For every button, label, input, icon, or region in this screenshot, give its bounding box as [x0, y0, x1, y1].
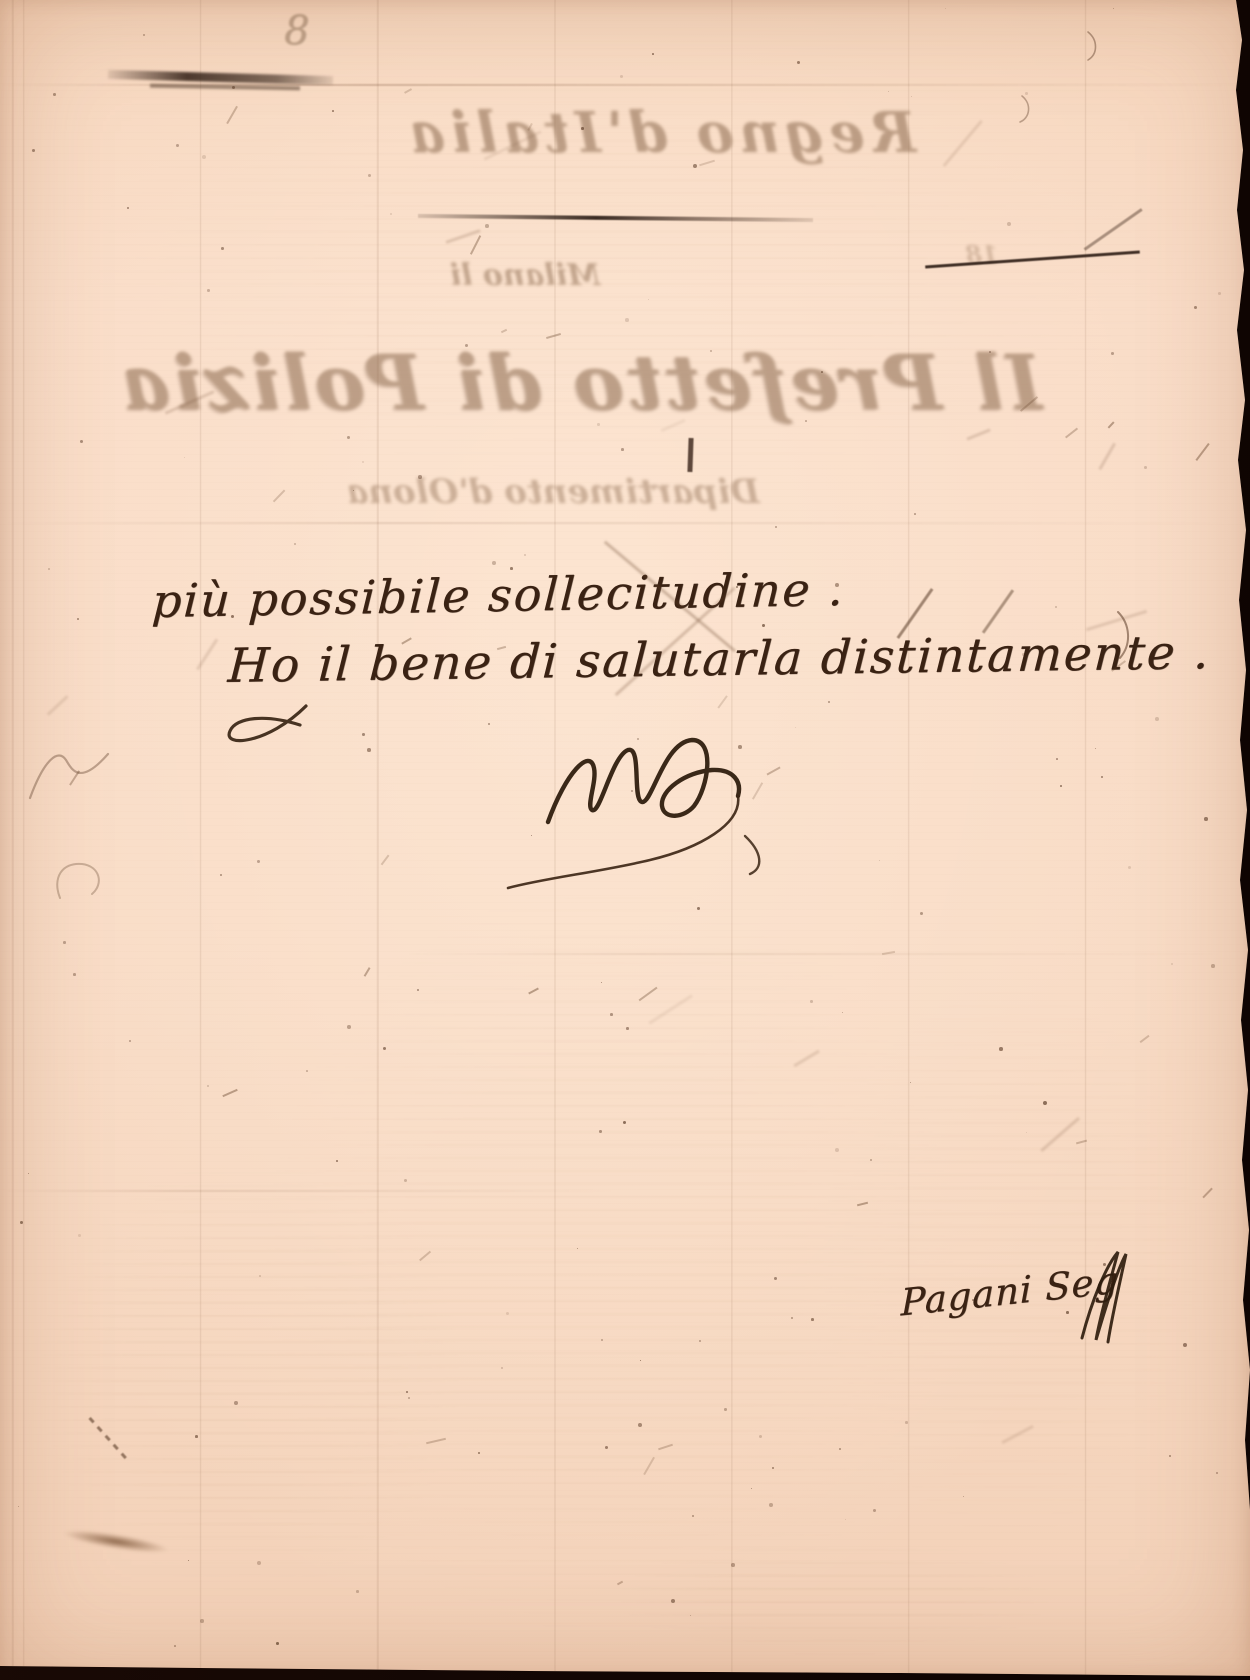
speck	[888, 91, 889, 92]
speck	[202, 155, 206, 159]
speck	[910, 1082, 911, 1083]
fold-crease	[0, 1190, 620, 1192]
speck	[234, 1401, 238, 1405]
speck	[1216, 1472, 1218, 1474]
speck-dash	[546, 333, 561, 339]
ink-blot-dash	[687, 438, 693, 472]
bleedthrough-department: Dipartimento d'Olona	[338, 472, 768, 512]
speck	[53, 93, 56, 96]
letter-page: Regno d'Italia Milano li 18 Il Prefetto …	[0, 0, 1250, 1680]
speck	[775, 526, 777, 528]
speck	[692, 1515, 694, 1517]
speck	[1171, 963, 1173, 965]
speck	[772, 1467, 774, 1469]
speck	[232, 86, 235, 89]
speck	[506, 1312, 509, 1315]
speck	[220, 874, 222, 876]
speck	[945, 8, 946, 9]
speck	[1155, 717, 1159, 721]
speck-dash	[752, 782, 763, 799]
speck	[811, 1318, 814, 1321]
speck	[842, 1012, 843, 1013]
faint-streak	[1040, 1117, 1079, 1152]
speck-dash	[699, 160, 715, 166]
body-line-2: Ho il bene di salutarla distintamente .	[227, 625, 1213, 694]
speck-dash	[381, 855, 390, 866]
speck	[332, 110, 334, 112]
speck	[1103, 1263, 1106, 1266]
speck	[1060, 785, 1062, 787]
bleedthrough-texture-patch	[820, 980, 1200, 1540]
speck	[1211, 964, 1215, 968]
ho-descender-loop	[229, 706, 306, 741]
margin-flourish-curl	[57, 864, 99, 898]
diagonal-ink-stroke	[1084, 208, 1143, 250]
speck	[879, 860, 880, 861]
speck	[648, 299, 649, 300]
brown-stain-streak	[61, 1526, 170, 1558]
speck	[406, 1391, 408, 1393]
speck	[577, 1248, 578, 1249]
faint-streak	[1098, 443, 1115, 470]
speck	[699, 1340, 701, 1342]
speck	[671, 1599, 675, 1603]
speck	[759, 1435, 762, 1438]
speck	[188, 1560, 189, 1561]
bleedthrough-texture-patch	[40, 1160, 460, 1590]
faint-streak	[943, 120, 983, 167]
speck	[637, 738, 639, 740]
speck	[999, 1047, 1003, 1051]
speck	[63, 941, 66, 944]
speck-dash	[882, 951, 895, 955]
speck	[972, 1299, 974, 1301]
speck-dash	[658, 1444, 673, 1450]
speck	[914, 513, 916, 515]
speck	[835, 1148, 839, 1152]
speck	[78, 1234, 81, 1237]
speck	[367, 748, 371, 752]
speck	[731, 1563, 735, 1567]
faint-streak	[47, 695, 68, 715]
speck	[18, 1506, 19, 1507]
speck	[762, 624, 765, 627]
speck	[28, 1173, 29, 1174]
speck	[1194, 306, 1197, 309]
speck-curl-icon	[1088, 32, 1096, 60]
speck	[839, 1448, 841, 1450]
letterhead-rule	[418, 214, 813, 222]
speck	[1183, 1343, 1187, 1347]
speck	[1169, 1455, 1171, 1457]
speck-dash	[639, 987, 658, 1001]
speck	[129, 1040, 131, 1042]
faint-streak	[661, 419, 686, 432]
speck	[621, 448, 624, 451]
bleedthrough-kingdom-title: Regno d'Italia	[390, 100, 930, 166]
speck-dash	[226, 106, 238, 124]
speck-dash	[1108, 421, 1115, 428]
bleedthrough-texture-patch	[260, 880, 960, 1640]
speck	[368, 174, 371, 177]
speck-dash	[857, 1202, 868, 1206]
speck	[383, 1047, 386, 1050]
speck	[1066, 1311, 1069, 1314]
speck	[362, 461, 364, 463]
speck-dash	[617, 1581, 623, 1585]
speck	[404, 1179, 407, 1182]
speck-dash	[273, 490, 285, 503]
speck	[724, 1408, 727, 1411]
speck	[200, 1619, 204, 1623]
speck	[176, 144, 179, 147]
speck	[797, 61, 800, 64]
speck-dash	[426, 1438, 446, 1444]
speck-dash	[1202, 1188, 1212, 1199]
speck	[501, 1367, 503, 1369]
speck	[336, 1160, 338, 1162]
speck	[488, 723, 490, 725]
speck	[623, 1121, 626, 1124]
speck	[478, 1452, 480, 1454]
fold-crease	[0, 84, 1240, 86]
speck	[626, 1027, 629, 1030]
speck	[835, 583, 839, 587]
speck	[690, 1615, 691, 1616]
faint-streak	[165, 390, 214, 414]
speck	[1026, 1132, 1027, 1133]
scan-background: Regno d'Italia Milano li 18 Il Prefetto …	[0, 0, 1250, 1680]
dotted-streak	[88, 1417, 129, 1462]
speck-dash	[767, 766, 781, 775]
faint-streak	[648, 994, 692, 1024]
prefect-signature-tail	[508, 796, 738, 888]
speck	[638, 1423, 642, 1427]
speck	[524, 554, 526, 556]
speck	[828, 701, 830, 703]
speck	[1128, 866, 1131, 869]
speck-dash	[1140, 1035, 1150, 1043]
speck	[1144, 466, 1147, 469]
speck	[492, 561, 496, 565]
faint-streak	[1001, 1425, 1033, 1444]
speck	[989, 351, 991, 353]
speck	[963, 1496, 964, 1497]
speck	[920, 912, 923, 915]
speck	[845, 1519, 846, 1520]
bleedthrough-texture-patch	[620, 1540, 1050, 1655]
ink-smear	[150, 84, 300, 91]
speck	[1025, 92, 1028, 95]
paper-chain-lines	[0, 0, 1250, 1680]
speck	[408, 1397, 410, 1399]
speck	[810, 1000, 813, 1003]
speck-dash	[364, 967, 371, 976]
speck-dash	[528, 988, 539, 995]
faint-streak	[196, 638, 218, 670]
margin-flourish-v	[30, 754, 108, 798]
faint-streak	[966, 428, 990, 440]
speck	[465, 344, 468, 347]
speck	[599, 1130, 602, 1133]
speck-dash	[419, 1251, 431, 1261]
speck	[195, 1435, 198, 1438]
speck	[693, 164, 697, 168]
speck-curl-icon	[1020, 96, 1029, 122]
speck	[184, 457, 185, 458]
speck	[697, 907, 700, 910]
speck	[581, 127, 584, 130]
speck	[73, 973, 76, 976]
speck	[510, 567, 513, 570]
speck	[1101, 776, 1103, 778]
speck	[795, 727, 796, 728]
speck	[597, 423, 600, 426]
speck	[805, 420, 807, 422]
speck-dash	[1020, 396, 1038, 412]
speck	[601, 982, 602, 983]
speck	[1043, 1101, 1047, 1105]
speck	[48, 568, 50, 570]
speck-dash	[501, 329, 507, 333]
speck	[625, 318, 629, 322]
bleedthrough-year: 18	[952, 240, 1012, 269]
speck	[356, 1590, 359, 1593]
speck	[80, 440, 83, 443]
speck	[1218, 292, 1221, 295]
speck	[32, 149, 35, 152]
speck	[605, 1446, 608, 1449]
speck	[306, 1070, 308, 1072]
speck-dash	[470, 235, 481, 255]
speck	[652, 53, 654, 55]
speck	[640, 1360, 641, 1361]
speck	[294, 543, 296, 545]
speck	[174, 1645, 176, 1647]
body-line-1: più possibile sollecitudine .	[151, 562, 847, 628]
speck	[821, 371, 823, 373]
speck	[347, 1025, 351, 1029]
speck	[769, 1503, 773, 1507]
speck	[791, 1317, 793, 1319]
speck	[259, 1275, 261, 1277]
faint-streak	[484, 130, 542, 160]
speck-dash	[717, 695, 727, 708]
speck	[418, 475, 422, 479]
speck	[143, 34, 145, 36]
paper-grain	[0, 0, 1250, 1680]
speck	[610, 1013, 613, 1016]
speck	[631, 790, 633, 792]
speck	[738, 745, 742, 749]
fold-crease	[400, 953, 1240, 955]
prefect-signature-curl	[745, 836, 759, 874]
speck	[207, 1085, 209, 1087]
speck	[390, 213, 392, 215]
speck	[1055, 606, 1057, 608]
speck	[774, 1277, 777, 1280]
speck	[207, 289, 210, 292]
speck-dash	[1076, 1140, 1087, 1145]
speck	[1204, 817, 1208, 821]
speck	[911, 96, 912, 97]
speck	[417, 989, 419, 991]
speck	[221, 247, 224, 250]
top-pencil-annotation: 8	[284, 8, 309, 54]
faint-streak	[793, 1050, 819, 1067]
speck	[531, 835, 532, 836]
speck	[1113, 8, 1114, 9]
bleedthrough-office-title: Il Prefetto di Polizia	[212, 338, 1042, 427]
bleedthrough-place-date: Milano li	[440, 258, 610, 293]
diagonal-ink-stroke	[925, 251, 1140, 269]
speck	[601, 1339, 603, 1341]
speck	[1022, 653, 1025, 656]
speck	[620, 75, 623, 78]
speck	[257, 1561, 261, 1565]
speck-dash	[69, 770, 80, 785]
speck	[77, 618, 79, 620]
ink-flourish-layer	[0, 0, 1250, 1680]
fold-crease	[0, 522, 1240, 524]
speck-dash	[404, 88, 412, 93]
speck	[276, 1642, 279, 1645]
speck	[873, 1509, 876, 1512]
speck-dash	[527, 123, 532, 131]
speck	[353, 490, 354, 491]
ink-smear	[108, 70, 333, 85]
speck-dash	[222, 1089, 237, 1097]
speck	[1056, 758, 1058, 760]
speck	[362, 733, 365, 736]
speck	[20, 1221, 23, 1224]
speck	[751, 1488, 752, 1489]
secretary-signature: Pagani Seg	[901, 1258, 1119, 1324]
prefect-signature-flourish	[548, 740, 739, 822]
speck	[257, 860, 260, 863]
speck	[127, 207, 129, 209]
speck	[870, 1159, 872, 1161]
speck-dash	[643, 1457, 655, 1475]
speck	[485, 224, 489, 228]
speck	[1111, 352, 1114, 355]
speck	[1095, 748, 1096, 749]
speck-dash	[1195, 443, 1209, 461]
speck	[710, 350, 712, 352]
speck	[905, 1421, 908, 1424]
speck-dash	[1065, 428, 1078, 439]
speck	[347, 436, 350, 439]
speck	[1007, 222, 1011, 226]
